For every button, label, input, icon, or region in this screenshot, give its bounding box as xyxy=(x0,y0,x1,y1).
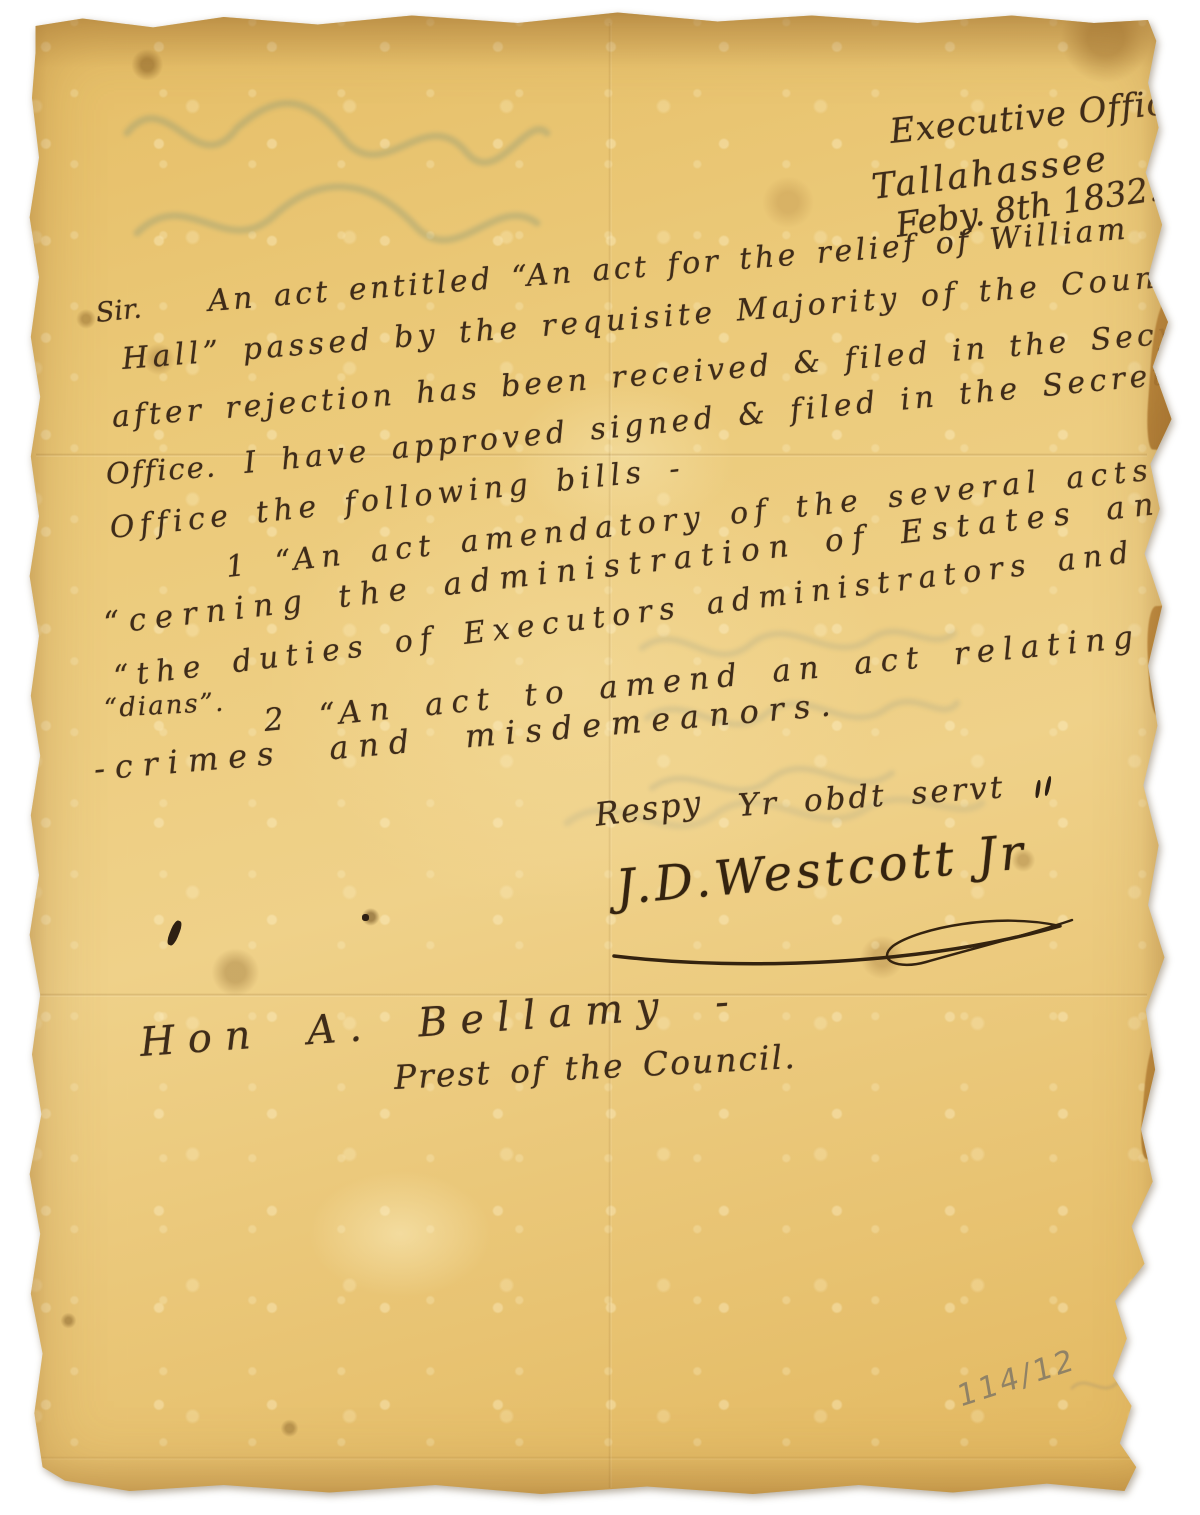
paper-shadow: Executive Office Tallahassee Feby. 8th 1… xyxy=(0,0,1200,1515)
ink-fleck xyxy=(1035,780,1041,798)
ink-bleedthrough xyxy=(107,73,567,283)
address-title: Prest of the Council. xyxy=(393,1037,798,1097)
ink-fleck xyxy=(1044,776,1052,796)
signature-flourish xyxy=(608,906,1078,976)
pencil-catalog-number: 114/12 xyxy=(955,1342,1079,1415)
salutation: Sir. xyxy=(94,293,143,329)
scanned-letter-page: Executive Office Tallahassee Feby. 8th 1… xyxy=(0,0,1200,1515)
pencil-scribble xyxy=(1067,1358,1162,1413)
header-office-line: Executive Office xyxy=(888,81,1189,152)
body-line: Office. xyxy=(105,449,218,491)
fold-crease-vertical xyxy=(608,23,612,1488)
torn-edge-fragment xyxy=(1145,1255,1173,1336)
body-line: “dians”. xyxy=(103,688,226,724)
torn-edge-fragment xyxy=(1138,1029,1177,1161)
letter-paper: Executive Office Tallahassee Feby. 8th 1… xyxy=(12,8,1188,1503)
fold-crease-horizontal xyxy=(36,1456,1147,1460)
torn-edge-fragment xyxy=(1145,605,1175,716)
ink-fleck xyxy=(165,919,183,946)
ink-fleck xyxy=(362,914,369,921)
